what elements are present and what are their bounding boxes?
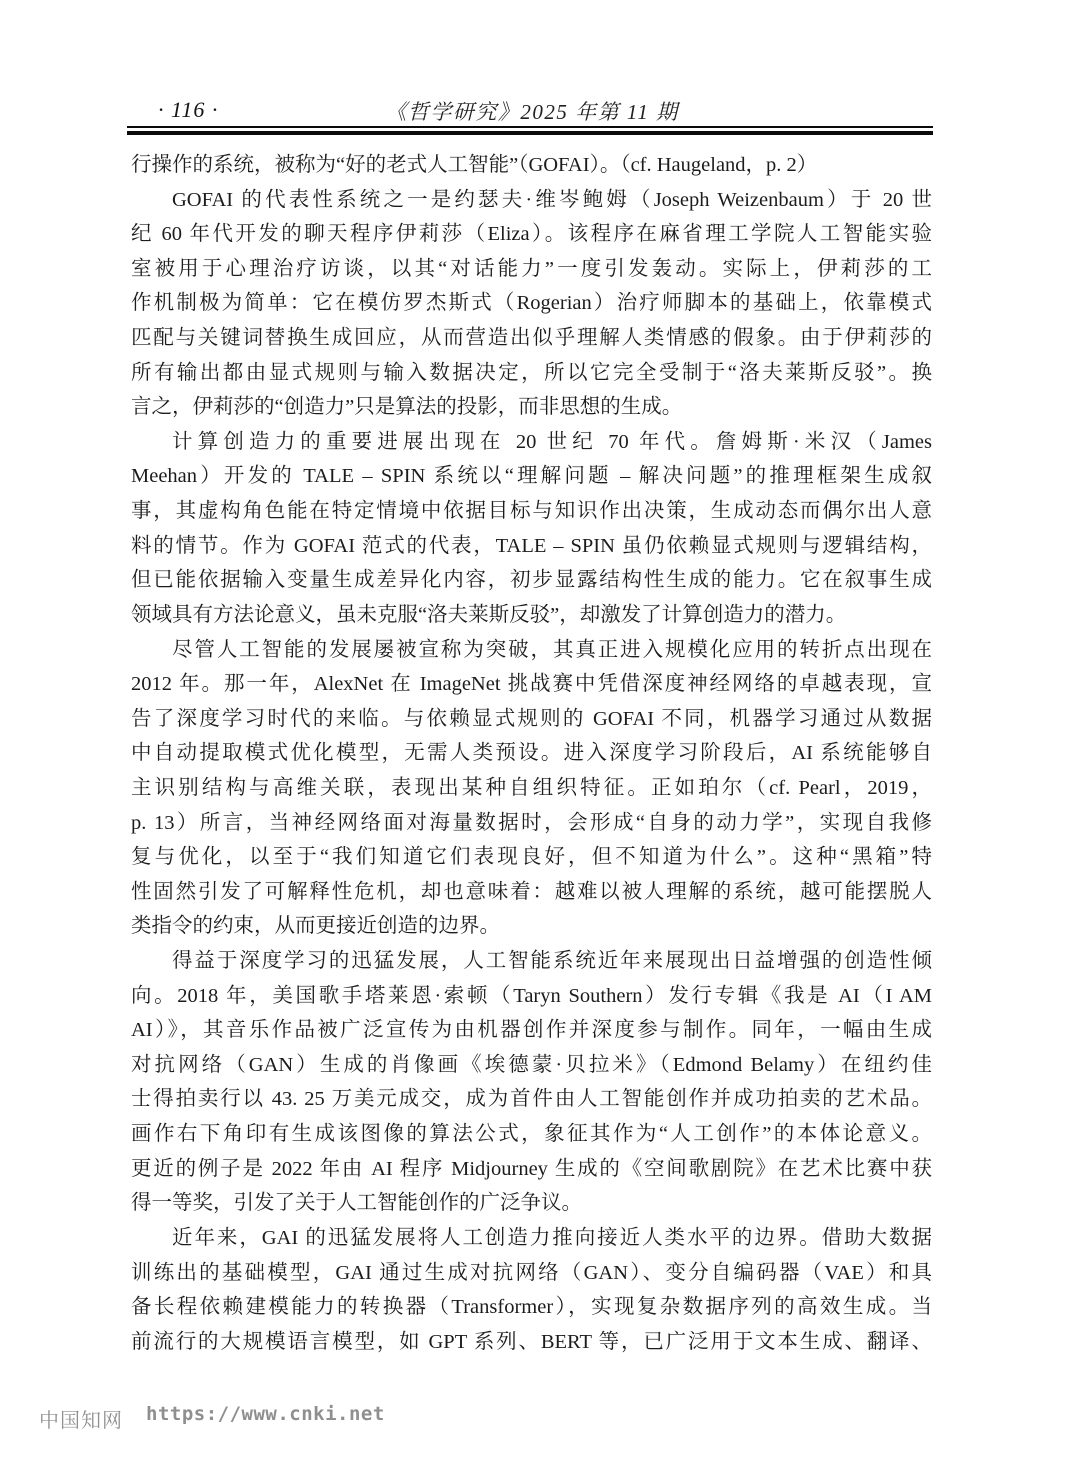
body-line: 作机制极为简单：它在模仿罗杰斯式（Rogerian）治疗师脚本的基础上，依靠模式 xyxy=(131,286,932,321)
body-line: 2012 年。那一年，AlexNet 在 ImageNet 挑战赛中凭借深度神经… xyxy=(131,667,932,702)
cnki-site-name: 中国知网 xyxy=(39,1404,123,1433)
body-line: p. 13）所言，当神经网络面对海量数据时，会形成“自身的动力学”，实现自我修 xyxy=(131,806,932,841)
body-line: 中自动提取模式优化模型，无需人类预设。进入深度学习阶段后，AI 系统能够自 xyxy=(131,736,932,771)
body-line: 领域具有方法论意义，虽未克服“洛夫莱斯反驳”，却激发了计算创造力的潜力。 xyxy=(131,598,932,633)
body-line: 言之，伊莉莎的“创造力”只是算法的投影，而非思想的生成。 xyxy=(131,390,932,425)
body-line: 向。2018 年，美国歌手塔莱恩·索顿（Taryn Southern）发行专辑《… xyxy=(131,979,932,1014)
body-line: 近年来，GAI 的迅猛发展将人工创造力推向接近人类水平的边界。借助大数据 xyxy=(131,1221,932,1256)
body-line: 料的情节。作为 GOFAI 范式的代表，TALE – SPIN 虽仍依赖显式规则… xyxy=(131,529,932,564)
body-line: 告了深度学习时代的来临。与依赖显式规则的 GOFAI 不同，机器学习通过从数据 xyxy=(131,702,932,737)
body-line: 对抗网络（GAN）生成的肖像画《埃德蒙·贝拉米》（Edmond Belamy）在… xyxy=(131,1048,932,1083)
body-line: 但已能依据输入变量生成差异化内容，初步显露结构性生成的能力。它在叙事生成 xyxy=(131,563,932,598)
body-line: 计算创造力的重要进展出现在 20 世纪 70 年代。詹姆斯·米汉（James xyxy=(131,425,932,460)
body-line: 前流行的大规模语言模型，如 GPT 系列、BERT 等，已广泛用于文本生成、翻译… xyxy=(131,1325,932,1360)
body-line: 复与优化，以至于“我们知道它们表现良好，但不知道为什么”。这种“黑箱”特 xyxy=(131,840,932,875)
body-line: 训练出的基础模型，GAI 通过生成对抗网络（GAN）、变分自编码器（VAE）和具 xyxy=(131,1256,932,1291)
body-line: AI）》，其音乐作品被广泛宣传为由机器创作并深度参与制作。同年，一幅由生成 xyxy=(131,1013,932,1048)
body-line: 更近的例子是 2022 年由 AI 程序 Midjourney 生成的《空间歌剧… xyxy=(131,1152,932,1187)
body-line: 匹配与关键词替换生成回应，从而营造出似乎理解人类情感的假象。由于伊莉莎的 xyxy=(131,321,932,356)
body-line: 类指令的约束，从而更接近创造的边界。 xyxy=(131,909,932,944)
body-line: 性固然引发了可解释性危机，却也意味着：越难以被人理解的系统，越可能摆脱人 xyxy=(131,875,932,910)
article-body: 行操作的系统，被称为“好的老式人工智能”（GOFAI）。（cf. Haugela… xyxy=(131,148,932,1359)
body-line: 得一等奖，引发了关于人工智能创作的广泛争议。 xyxy=(131,1186,932,1221)
body-line: 事，其虚构角色能在特定情境中依据目标与知识作出决策，生成动态而偶尔出人意 xyxy=(131,494,932,529)
body-line: 得益于深度学习的迅猛发展，人工智能系统近年来展现出日益增强的创造性倾 xyxy=(131,944,932,979)
body-line: 尽管人工智能的发展屡被宣称为突破，其真正进入规模化应用的转折点出现在 xyxy=(131,633,932,668)
cnki-site-url: https://www.cnki.net xyxy=(146,1403,385,1425)
body-line: 纪 60 年代开发的聊天程序伊莉莎（Eliza）。该程序在麻省理工学院人工智能实… xyxy=(131,217,932,252)
body-line: 士得拍卖行以 43. 25 万美元成交，成为首件由人工智能创作并成功拍卖的艺术品… xyxy=(131,1082,932,1117)
journal-page: · 116 · 《哲学研究》2025 年第 11 期 行操作的系统，被称为“好的… xyxy=(0,0,1080,1467)
footer-watermark: 中国知网 https://www.cnki.net xyxy=(0,1400,1080,1440)
body-line: 备长程依赖建模能力的转换器（Transformer），实现复杂数据序列的高效生成… xyxy=(131,1290,932,1325)
body-line: 行操作的系统，被称为“好的老式人工智能”（GOFAI）。（cf. Haugela… xyxy=(131,148,932,183)
header-double-rule xyxy=(127,126,933,135)
body-line: 画作右下角印有生成该图像的算法公式，象征其作为“人工创作”的本体论意义。 xyxy=(131,1117,932,1152)
body-line: GOFAI 的代表性系统之一是约瑟夫·维岑鲍姆（Joseph Weizenbau… xyxy=(131,183,932,218)
body-line: Meehan）开发的 TALE – SPIN 系统以“理解问题 – 解决问题”的… xyxy=(131,459,932,494)
journal-title: 《哲学研究》2025 年第 11 期 xyxy=(131,96,933,126)
body-line: 主识别结构与高维关联，表现出某种自组织特征。正如珀尔（cf. Pearl，201… xyxy=(131,771,932,806)
body-line: 室被用于心理治疗访谈，以其“对话能力”一度引发轰动。实际上，伊莉莎的工 xyxy=(131,252,932,287)
body-line: 所有输出都由显式规则与输入数据决定，所以它完全受制于“洛夫莱斯反驳”。换 xyxy=(131,356,932,391)
